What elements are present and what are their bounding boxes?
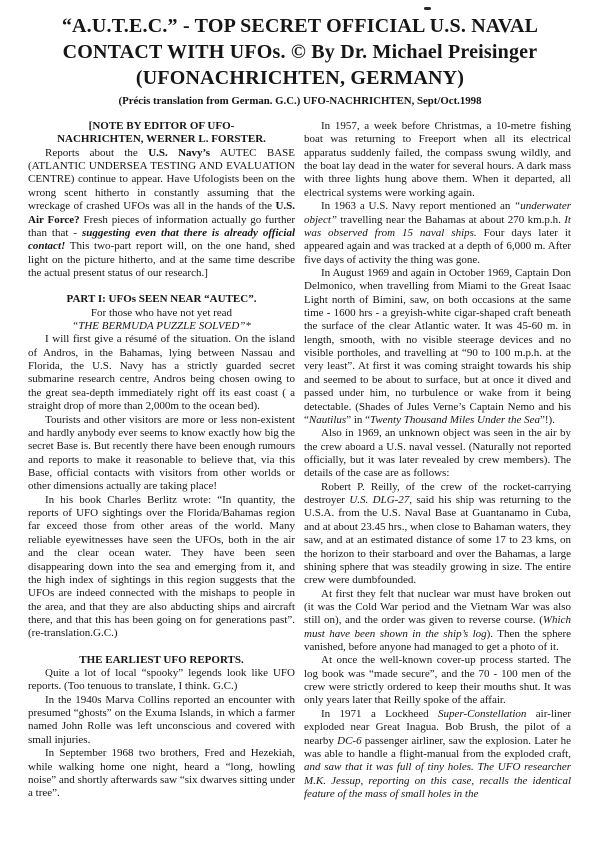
- lockheed-1971-paragraph: In 1971 a Lockheed Super-Constellation a…: [304, 708, 571, 802]
- navy-report-1963-paragraph: In 1963 a U.S. Navy report mentioned an …: [304, 200, 571, 267]
- tourists-paragraph: Tourists and other visitors are more or …: [28, 414, 295, 494]
- article-title-line2: CONTACT WITH UFOs. © By Dr. Michael Prei…: [28, 39, 572, 65]
- right-column: In 1957, a week before Christmas, a 10-m…: [304, 120, 571, 801]
- reilly-paragraph: Robert P. Reilly, of the crew of the roc…: [304, 481, 571, 588]
- scan-artifact-dot: [424, 7, 431, 10]
- editor-note-heading-line2: NACHRICHTEN, WERNER L. FORSTER.: [28, 133, 295, 146]
- left-column: [NOTE BY EDITOR OF UFO- NACHRICHTEN, WER…: [28, 120, 295, 801]
- article-title-line3: (UFONACHRICHTEN, GERMANY): [28, 65, 572, 91]
- part1-subheading: For those who have not yet read: [28, 307, 295, 320]
- resume-paragraph: I will first give a résumé of the situat…: [28, 333, 295, 413]
- legends-paragraph: Quite a lot of local “spooky” legends lo…: [28, 667, 295, 694]
- fishing-boat-1957-paragraph: In 1957, a week before Christmas, a 10-m…: [304, 120, 571, 200]
- marva-collins-paragraph: In the 1940s Marva Collins reported an e…: [28, 694, 295, 747]
- document-page: “A.U.T.E.C.” - TOP SECRET OFFICIAL U.S. …: [0, 0, 600, 850]
- article-columns: [NOTE BY EDITOR OF UFO- NACHRICHTEN, WER…: [28, 120, 572, 801]
- article-title: “A.U.T.E.C.” - TOP SECRET OFFICIAL U.S. …: [28, 13, 572, 91]
- editor-note-paragraph: Reports about the U.S. Navy’s AUTEC BASE…: [28, 147, 295, 281]
- part1-heading: PART I: UFOs SEEN NEAR “AUTEC”.: [28, 293, 295, 306]
- article-title-line1: “A.U.T.E.C.” - TOP SECRET OFFICIAL U.S. …: [28, 13, 572, 39]
- earliest-reports-heading: THE EARLIEST UFO REPORTS.: [28, 654, 295, 667]
- coverup-paragraph: At once the well-known cover-up process …: [304, 654, 571, 707]
- nuclear-war-paragraph: At first they felt that nuclear war must…: [304, 588, 571, 655]
- editor-note-heading-line1: [NOTE BY EDITOR OF UFO-: [28, 120, 295, 133]
- brothers-1968-paragraph: In September 1968 two brothers, Fred and…: [28, 747, 295, 800]
- delmonico-1969-paragraph: In August 1969 and again in October 1969…: [304, 267, 571, 427]
- also-1969-paragraph: Also in 1969, an unknown object was seen…: [304, 427, 571, 480]
- translation-note: (Précis translation from German. G.C.) U…: [28, 95, 572, 107]
- berlitz-quote-paragraph: In his book Charles Berlitz wrote: “In q…: [28, 494, 295, 641]
- bermuda-puzzle-reference: “THE BERMUDA PUZZLE SOLVED”*: [28, 320, 295, 333]
